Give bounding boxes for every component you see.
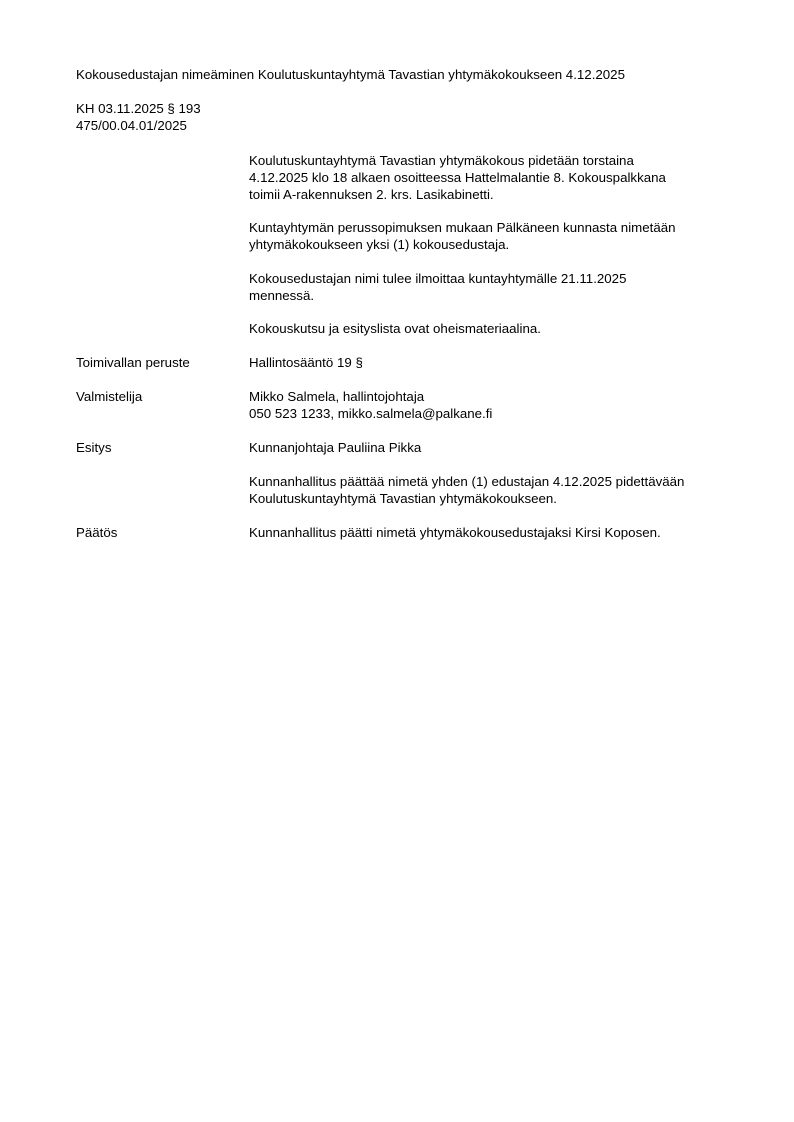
preparer-name: Mikko Salmela, hallintojohtaja	[249, 388, 424, 405]
preparer-label: Valmistelija	[76, 388, 142, 405]
body-text: yhtymäkokoukseen yksi (1) kokousedustaja…	[249, 236, 509, 253]
body-text: Kokouskutsu ja esityslista ovat oheismat…	[249, 320, 541, 337]
meeting-reference: KH 03.11.2025 § 193	[76, 100, 201, 117]
preparer-contact: 050 523 1233, mikko.salmela@palkane.fi	[249, 405, 492, 422]
body-text: Kuntayhtymän perussopimuksen mukaan Pälk…	[249, 219, 676, 236]
authority-label: Toimivallan peruste	[76, 354, 190, 371]
authority-value: Hallintosääntö 19 §	[249, 354, 363, 371]
body-text: toimii A-rakennuksen 2. krs. Lasikabinet…	[249, 186, 494, 203]
proposal-label: Esitys	[76, 439, 111, 456]
record-number: 475/00.04.01/2025	[76, 117, 187, 134]
proposal-text: Kunnanhallitus päättää nimetä yhden (1) …	[249, 473, 684, 490]
body-text: 4.12.2025 klo 18 alkaen osoitteessa Hatt…	[249, 169, 666, 186]
body-text: Kokousedustajan nimi tulee ilmoittaa kun…	[249, 270, 626, 287]
body-text: Koulutuskuntayhtymä Tavastian yhtymäkoko…	[249, 152, 634, 169]
body-text: mennessä.	[249, 287, 314, 304]
proposal-presenter: Kunnanjohtaja Pauliina Pikka	[249, 439, 421, 456]
proposal-text: Koulutuskuntayhtymä Tavastian yhtymäkoko…	[249, 490, 557, 507]
document-title: Kokousedustajan nimeäminen Koulutuskunta…	[76, 66, 625, 83]
decision-text: Kunnanhallitus päätti nimetä yhtymäkokou…	[249, 524, 661, 541]
decision-label: Päätös	[76, 524, 117, 541]
